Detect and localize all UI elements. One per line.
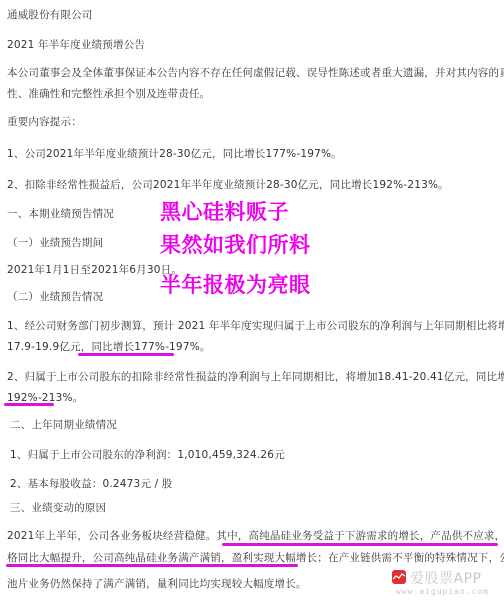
watermark: 爱股票APP www.aigupiao.com xyxy=(392,568,502,600)
highlight-2: 2、扣除非经常性损益后，公司2021年半年度业绩预计28-30亿元，同比增长19… xyxy=(7,178,449,192)
highlight-underline-reason-1 xyxy=(222,543,498,546)
section-3-para-line-2: 格同比大幅提升，公司高纯晶硅业务满产满销，盈利实现大幅增长；在产业链供需不平衡的… xyxy=(7,551,504,565)
section-1-item-1-line-1: 1、经公司财务部门初步测算，预计 2021 年半年度实现归属于上市公司股东的净利… xyxy=(7,319,504,333)
stock-chart-logo-icon xyxy=(392,570,406,584)
overlay-comment-1: 黑心硅料贩子 xyxy=(160,200,289,224)
highlight-underline-growth-2 xyxy=(4,403,54,406)
watermark-url: www.aigupiao.com xyxy=(396,587,489,596)
watermark-name: 爱股票APP xyxy=(410,568,481,588)
section-3-para-line-3: 池片业务仍然保持了满产满销，量利同比均实现较大幅度增长。 xyxy=(7,577,307,591)
highlight-1: 1、公司2021年半年度业绩预计28-30亿元，同比增长177%-197%。 xyxy=(7,147,342,161)
section-1-item-2-line-1: 2、归属于上市公司股东的扣除非经常性损益的净利润与上年同期相比，将增加18.41… xyxy=(7,370,504,384)
disclaimer-line-1: 本公司董事会及全体董事保证本公告内容不存在任何虚假记载、误导性陈述或者重大遗漏，… xyxy=(7,66,504,80)
company-name: 通威股份有限公司 xyxy=(7,8,93,22)
overlay-comment-3: 半年报极为亮眼 xyxy=(160,273,311,297)
highlight-underline-growth-1 xyxy=(78,353,174,356)
disclaimer-line-2: 性、准确性和完整性承担个别及连带责任。 xyxy=(7,87,210,101)
section-1-heading: 一、本期业绩预告情况 xyxy=(7,207,114,221)
overlay-comment-2: 果然如我们所料 xyxy=(160,233,311,257)
section-3-heading: 三、业绩变动的原因 xyxy=(10,501,106,515)
section-1-sub-1-heading: （一）业绩预告期间 xyxy=(7,236,103,250)
highlight-underline-reason-2 xyxy=(6,564,298,567)
section-2-heading: 二、上年同期业绩情况 xyxy=(10,418,117,432)
section-2-item-1: 1、归属于上市公司股东的净利润：1,010,459,324.26元 xyxy=(10,448,285,462)
section-2-item-2: 2、基本每股收益：0.2473元 / 股 xyxy=(10,477,173,491)
announcement-title: 2021 年半年度业绩预增公告 xyxy=(7,38,145,52)
forecast-period: 2021年1月1日至2021年6月30日。 xyxy=(7,263,182,277)
section-1-sub-2-heading: （二）业绩预告情况 xyxy=(7,290,103,304)
highlights-heading: 重要内容提示： xyxy=(7,115,82,129)
section-1-item-1-line-2: 17.9-19.9亿元，同比增长177%-197%。 xyxy=(7,340,211,354)
section-3-para-line-1: 2021年上半年，公司各业务板块经营稳健。其中，高纯晶硅业务受益于下游需求的增长… xyxy=(7,529,504,543)
